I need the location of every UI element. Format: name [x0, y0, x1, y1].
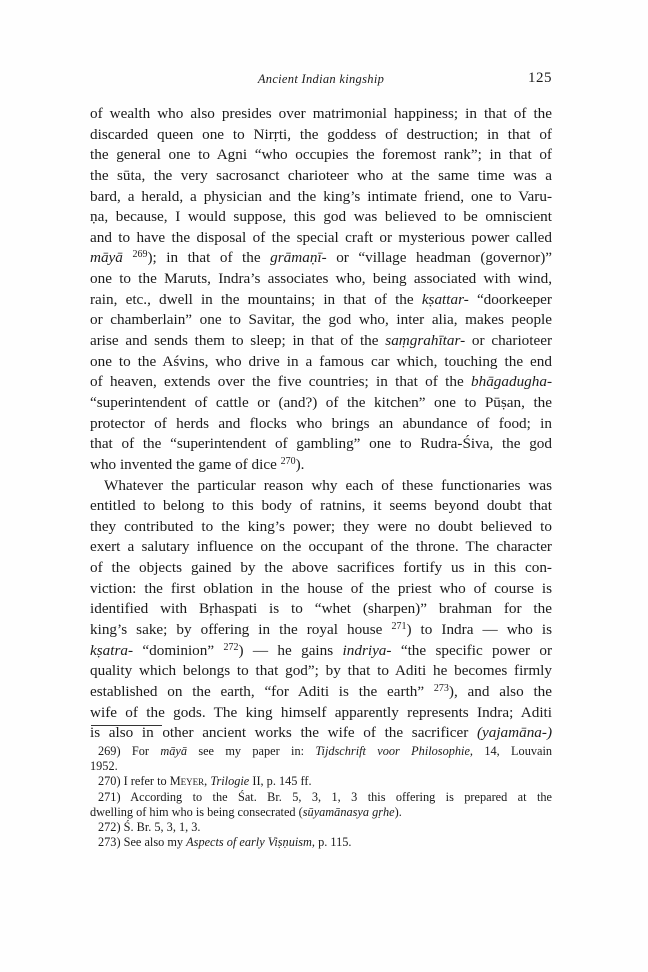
text-line: rain, etc., dwell in the mountains; in t… — [90, 290, 552, 311]
text-line: bard, a herald, a physician and the king… — [90, 187, 552, 208]
text-line: wife of the gods. The king himself appar… — [90, 703, 552, 724]
term-ksatra: kṣatra- — [90, 642, 133, 659]
text-line: and to have the disposal of the special … — [90, 228, 552, 249]
text-line: entitled to belong to this body of ratni… — [90, 496, 552, 517]
journal-title: Tijdschrift voor Philosophie, — [315, 744, 473, 758]
running-head: Ancient Indian kingship 125 — [90, 70, 552, 90]
footnote-number: 273) — [98, 835, 121, 849]
footnote-ref-269[interactable]: 269 — [132, 249, 147, 260]
footnote-269-cont: 1952. — [90, 759, 552, 774]
running-title: Ancient Indian kingship — [90, 72, 552, 87]
footnote-number: 269) — [98, 744, 121, 758]
text-line: ṇa, because, I would suppose, this god w… — [90, 207, 552, 228]
text-line: viction: the first oblation in the house… — [90, 579, 552, 600]
text-line: one to the Maruts, Indra’s associates wh… — [90, 269, 552, 290]
footnote-271: 271) According to the Śat. Br. 5, 3, 1, … — [90, 790, 552, 805]
work-title: Aspects of early Viṣṇuism, — [186, 835, 315, 849]
footnote-273: 273) See also my Aspects of early Viṣṇui… — [90, 835, 552, 850]
term-gramani: grāmaṇī- — [270, 249, 327, 266]
term-bhagadugha: bhāgadugha- — [471, 373, 552, 390]
term-samgrahitar: saṃgrahītar- — [385, 332, 465, 349]
term-maya: māyā — [90, 249, 123, 266]
footnote-271-cont: dwelling of him who is being consecrated… — [90, 805, 552, 820]
text-line: is also in other ancient works the wife … — [90, 723, 552, 744]
text-line: māyā 269); in that of the grāmaṇī- or “v… — [90, 248, 552, 269]
term-yajamana: (yajamāna-) — [477, 724, 552, 741]
footnote-269: 269) For māyā see my paper in: Tijdschri… — [90, 744, 552, 759]
paragraph-start: Whatever the particular reason why each … — [90, 476, 552, 497]
text-line: that of the “superintendent of gambling”… — [90, 434, 552, 455]
book-page: Ancient Indian kingship 125 of wealth wh… — [0, 0, 648, 972]
text-line: of wealth who also presides over matrimo… — [90, 104, 552, 125]
author-name: Meyer, — [170, 774, 208, 788]
page-number: 125 — [528, 70, 552, 87]
text-line: established on the earth, “for Aditi is … — [90, 682, 552, 703]
text-line: kṣatra- “dominion” 272) — he gains indri… — [90, 641, 552, 662]
footnote-ref-271[interactable]: 271 — [391, 621, 406, 632]
text-line: protector of herds and flocks who brings… — [90, 414, 552, 435]
text-line: identified with Bṛhaspati is to “whet (s… — [90, 599, 552, 620]
footnotes: 269) For māyā see my paper in: Tijdschri… — [90, 744, 552, 850]
text-line: they contributed to the king’s power; th… — [90, 517, 552, 538]
work-title: Trilogie — [210, 774, 249, 788]
body-text: of wealth who also presides over matrimo… — [90, 104, 552, 744]
text-line: of the objects gained by the above sacri… — [90, 558, 552, 579]
footnote-ref-272[interactable]: 272 — [223, 642, 238, 653]
text-line: of heaven, extends over the five countri… — [90, 372, 552, 393]
text-line: king’s sake; by offering in the royal ho… — [90, 620, 552, 641]
text-line: discarded queen one to Nirṛti, the godde… — [90, 125, 552, 146]
text-line: who invented the game of dice 270). — [90, 455, 552, 476]
footnote-272: 272) Ś. Br. 5, 3, 1, 3. — [90, 820, 552, 835]
text-line: quality which belongs to that god”; by t… — [90, 661, 552, 682]
text-line: arise and sends them to sleep; in that o… — [90, 331, 552, 352]
term-ksattar: kṣattar- — [422, 291, 469, 308]
text-line: or chamberlain” one to Savitar, the god … — [90, 310, 552, 331]
footnote-number: 271) — [98, 790, 121, 804]
text-line: the sūta, the very sacrosanct charioteer… — [90, 166, 552, 187]
footnote-ref-270[interactable]: 270 — [281, 456, 296, 467]
footnote-number: 270) — [98, 774, 121, 788]
text-line: “superintendent of cattle or (and?) of t… — [90, 393, 552, 414]
footnote-270: 270) I refer to Meyer, Trilogie II, p. 1… — [90, 774, 552, 789]
text-line: one to the Aśvins, who drive in a famous… — [90, 352, 552, 373]
footnote-separator — [91, 725, 162, 726]
text-line: exert a salutary influence on the occupa… — [90, 537, 552, 558]
footnote-ref-273[interactable]: 273 — [434, 683, 449, 694]
footnote-number: 272) — [98, 820, 121, 834]
text-line: the general one to Agni “who occupies th… — [90, 145, 552, 166]
term-indriya: indriya- — [343, 642, 392, 659]
